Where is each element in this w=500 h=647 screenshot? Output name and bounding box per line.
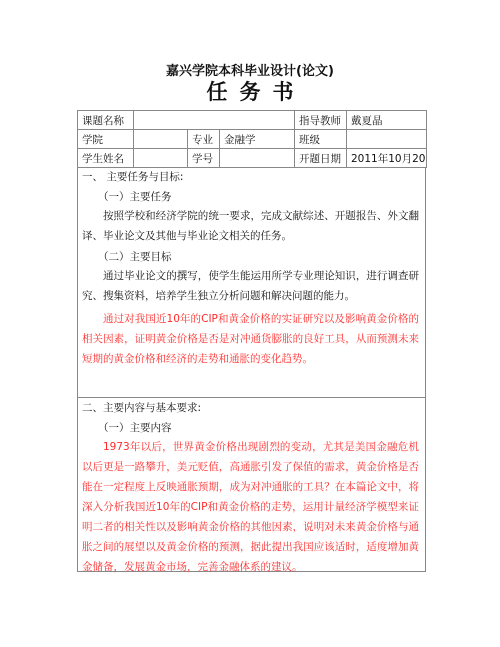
sub-heading-main-goals: （二）主要目标 <box>98 250 421 264</box>
label-major: 专业 <box>188 130 220 149</box>
research-goal-text: 通过对我国近10年的CIP和黄金价格的实证研究以及影响黄金价格的相关因素，证明黄… <box>82 309 419 369</box>
label-start-date: 开题日期 <box>295 149 347 168</box>
label-student-id: 学号 <box>188 149 220 168</box>
label-class: 班级 <box>295 130 347 149</box>
table-row: 学生姓名 学号 开题日期 2011年10月20日 <box>78 149 427 168</box>
label-topic: 课题名称 <box>78 111 134 130</box>
main-content-text: 1973年以后，世界黄金价格出现剧烈的变动，尤其是美国金融危机以后更是一路攀升，… <box>82 437 419 577</box>
table-row: 课题名称 指导教师 戴夏晶 <box>78 111 427 130</box>
value-start-date: 2011年10月20日 <box>347 149 427 168</box>
value-student-id <box>220 149 295 168</box>
label-student-name: 学生姓名 <box>78 149 134 168</box>
table-row: 学院 专业 金融学 班级 <box>78 130 427 149</box>
value-major: 金融学 <box>220 130 295 149</box>
document-title: 任务书 <box>0 76 500 106</box>
label-college: 学院 <box>78 130 134 149</box>
main-tasks-text: 按照学校和经济学院的统一要求，完成文献综述、开题报告、外文翻译、毕业论文及其他与… <box>82 206 419 246</box>
info-table: 课题名称 指导教师 戴夏晶 学院 专业 金融学 班级 学生姓名 学号 开题日期 … <box>77 110 427 168</box>
section2-heading: 二、主要内容与基本要求: <box>82 401 421 415</box>
section-tasks-goals: 一、 主要任务与目标: （一）主要任务 按照学校和经济学院的统一要求，完成文献综… <box>77 167 426 398</box>
main-goals-text: 通过毕业论文的撰写，使学生能运用所学专业理论知识，进行调查研究、搜集资料，培养学… <box>82 266 419 306</box>
sub-heading-main-content: （一）主要内容 <box>98 421 421 435</box>
value-advisor: 戴夏晶 <box>347 111 427 130</box>
section-content-requirements: 二、主要内容与基本要求: （一）主要内容 1973年以后，世界黄金价格出现剧烈的… <box>77 397 426 572</box>
section1-heading: 一、 主要任务与目标: <box>82 170 421 184</box>
value-college <box>134 130 188 149</box>
value-topic <box>134 111 295 130</box>
sub-heading-main-tasks: （一）主要任务 <box>98 190 421 204</box>
value-student-name <box>134 149 188 168</box>
value-class <box>347 130 427 149</box>
label-advisor: 指导教师 <box>295 111 347 130</box>
